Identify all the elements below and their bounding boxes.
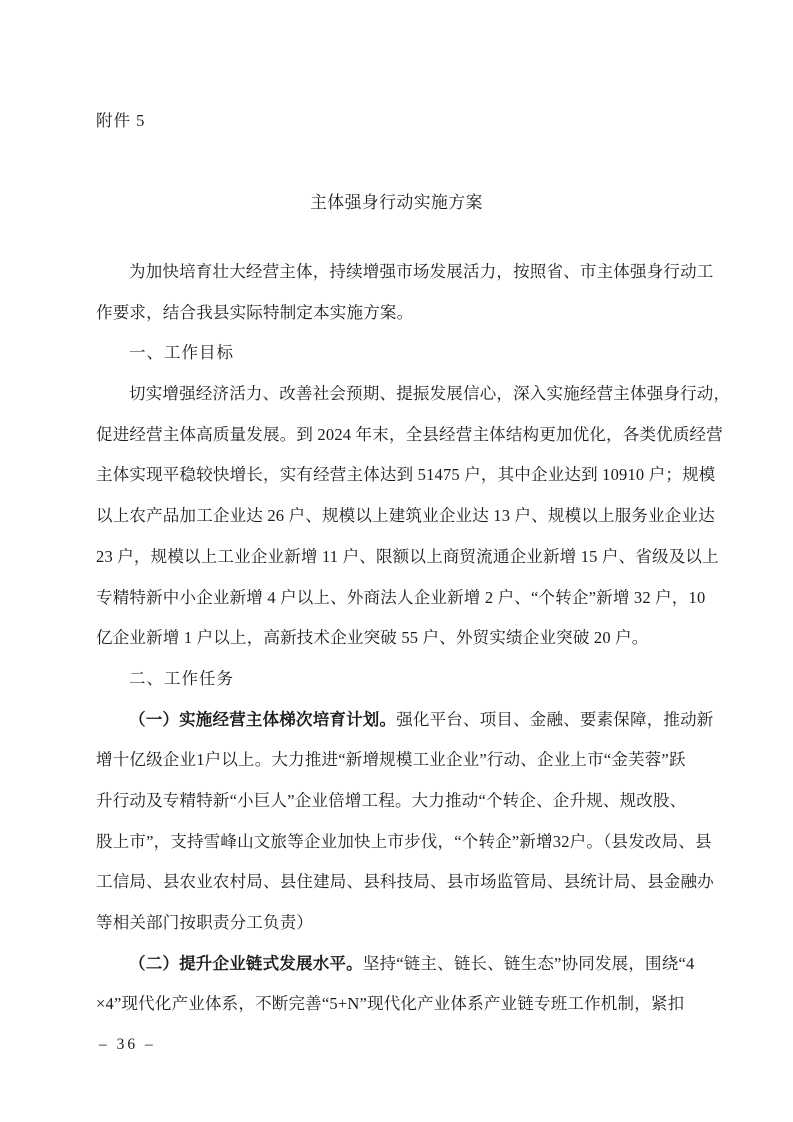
line-text: 为加快培育壮大经营主体，持续增强市场发展活力，按照省、市主体强身行动工 <box>129 262 714 281</box>
text-line: 等相关部门按职责分工负责） <box>96 903 702 944</box>
text-line: 23 户，规模以上工业企业新增 11 户、限额以上商贸流通企业新增 15 户、省… <box>96 537 702 578</box>
line-text: ×4”现代化产业体系，不断完善“5+N”现代化产业体系产业链专班工作机制，紧扣 <box>96 994 684 1013</box>
text-line: 为加快培育壮大经营主体，持续增强市场发展活力，按照省、市主体强身行动工 <box>96 252 702 293</box>
document-body: 为加快培育壮大经营主体，持续增强市场发展活力，按照省、市主体强身行动工作要求，结… <box>96 252 702 1025</box>
line-text: 主体实现平稳较快增长，实有经营主体达到 51475 户，其中企业达到 10910… <box>96 465 716 484</box>
line-text: 亿企业新增 1 户以上，高新技术企业突破 55 户、外贸实绩企业突破 20 户。 <box>96 628 649 647</box>
text-line: 作要求，结合我县实际特制定本实施方案。 <box>96 293 702 334</box>
text-line: 升行动及专精特新“小巨人”企业倍增工程。大力推动“个转企、企升规、规改股、 <box>96 781 702 822</box>
section-heading: 二、工作任务 <box>96 659 702 700</box>
page-number: – 36 – <box>99 1036 156 1054</box>
text-line: 专精特新中小企业新增 4 户以上、外商法人企业新增 2 户、“个转企”新增 32… <box>96 578 702 619</box>
line-text: 切实增强经济活力、改善社会预期、提振发展信心，深入实施经营主体强身行动， <box>129 384 730 403</box>
line-text: 一、工作目标 <box>129 343 234 362</box>
bold-lead: （二）提升企业链式发展水平。 <box>129 954 363 973</box>
section-heading: 一、工作目标 <box>96 333 702 374</box>
line-text: 坚持“链主、链长、链生态”协同发展，围绕“4 <box>363 954 695 973</box>
text-line: 以上农产品加工企业达 26 户、规模以上建筑业企业达 13 户、规模以上服务业企… <box>96 496 702 537</box>
line-text: 增十亿级企业1户以上。大力推进“新增规模工业企业”行动、企业上市“金芙蓉”跃 <box>96 750 686 769</box>
document-page: 附件 5 主体强身行动实施方案 为加快培育壮大经营主体，持续增强市场发展活力，按… <box>0 0 793 1122</box>
text-line: 工信局、县农业农村局、县住建局、县科技局、县市场监管局、县统计局、县金融办 <box>96 862 702 903</box>
text-line: 主体实现平稳较快增长，实有经营主体达到 51475 户，其中企业达到 10910… <box>96 455 702 496</box>
bold-lead: （一）实施经营主体梯次培育计划。 <box>129 710 396 729</box>
line-text: 升行动及专精特新“小巨人”企业倍增工程。大力推动“个转企、企升规、规改股、 <box>96 791 686 810</box>
text-line: 切实增强经济活力、改善社会预期、提振发展信心，深入实施经营主体强身行动， <box>96 374 702 415</box>
line-text: 作要求，结合我县实际特制定本实施方案。 <box>96 303 413 322</box>
text-line: （一）实施经营主体梯次培育计划。强化平台、项目、金融、要素保障，推动新 <box>96 700 702 741</box>
document-title: 主体强身行动实施方案 <box>0 189 793 213</box>
line-text: 股上市”，支持雪峰山文旅等企业加快上市步伐，“个转企”新增32户。（县发改局、县 <box>96 832 712 851</box>
text-line: 股上市”，支持雪峰山文旅等企业加快上市步伐，“个转企”新增32户。（县发改局、县 <box>96 822 702 863</box>
attachment-label: 附件 5 <box>96 107 145 131</box>
text-line: 促进经营主体高质量发展。到 2024 年末，全县经营主体结构更加优化，各类优质经… <box>96 415 702 456</box>
line-text: 专精特新中小企业新增 4 户以上、外商法人企业新增 2 户、“个转企”新增 32… <box>96 588 705 607</box>
text-line: （二）提升企业链式发展水平。坚持“链主、链长、链生态”协同发展，围绕“4 <box>96 944 702 985</box>
line-text: 工信局、县农业农村局、县住建局、县科技局、县市场监管局、县统计局、县金融办 <box>96 872 714 891</box>
line-text: 等相关部门按职责分工负责） <box>96 913 313 932</box>
line-text: 强化平台、项目、金融、要素保障，推动新 <box>396 710 713 729</box>
line-text: 以上农产品加工企业达 26 户、规模以上建筑业企业达 13 户、规模以上服务业企… <box>96 506 715 525</box>
text-line: 亿企业新增 1 户以上，高新技术企业突破 55 户、外贸实绩企业突破 20 户。 <box>96 618 702 659</box>
line-text: 二、工作任务 <box>129 669 234 688</box>
line-text: 23 户，规模以上工业企业新增 11 户、限额以上商贸流通企业新增 15 户、省… <box>96 547 719 566</box>
line-text: 促进经营主体高质量发展。到 2024 年末，全县经营主体结构更加优化，各类优质经… <box>96 425 723 444</box>
text-line: 增十亿级企业1户以上。大力推进“新增规模工业企业”行动、企业上市“金芙蓉”跃 <box>96 740 702 781</box>
text-line: ×4”现代化产业体系，不断完善“5+N”现代化产业体系产业链专班工作机制，紧扣 <box>96 984 702 1025</box>
